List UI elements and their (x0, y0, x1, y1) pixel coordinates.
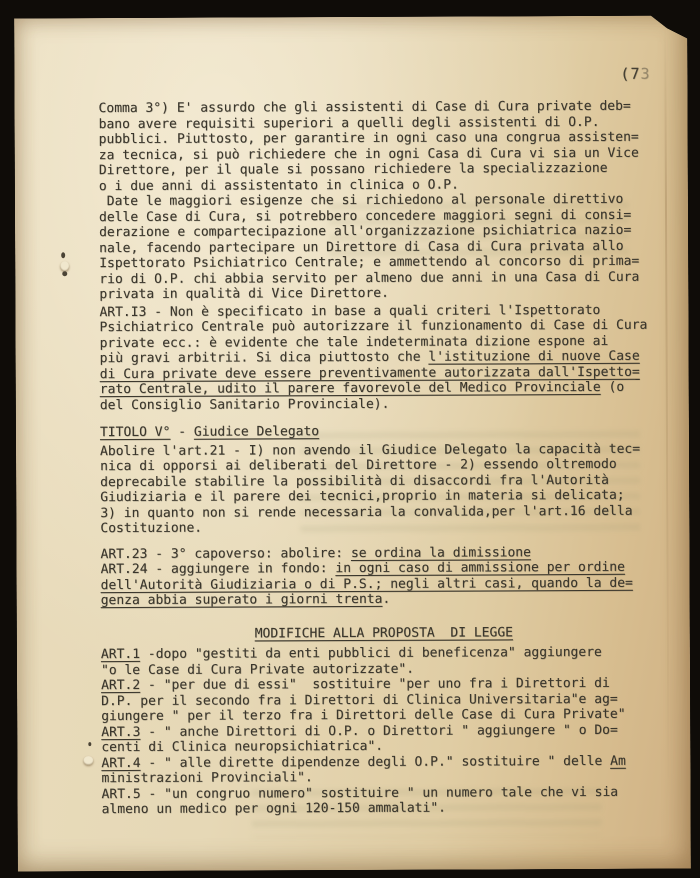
underlined-text-segment: TITOLO V° (100, 425, 171, 440)
text-segment: almeno un medico per ogni 120-150 ammala… (102, 801, 446, 818)
ink-speck (62, 271, 67, 276)
text-segment: rio di O.P. chi abbia servito per almeno… (99, 269, 639, 286)
paragraph-comma-3: Comma 3°) E' assurdo che gli assistenti … (99, 99, 665, 194)
text-segment: 3) in quanto non si rende necessaria la … (100, 503, 632, 520)
paragraph-art-24: ART.24 - aggiungere in fondo: in ogni ca… (101, 560, 667, 609)
underlined-text-segment: in ogni caso di ammissione per ordine (335, 560, 625, 576)
text-line: 3) in quanto non si rende necessaria la … (100, 503, 666, 521)
paragraph-maggiori-esigenze: Date le maggiori esigenze che si richied… (99, 192, 665, 303)
typewritten-page: (73 Comma 3°) E' assurdo che gli assiste… (14, 16, 691, 872)
text-segment: Costituzione. (100, 521, 202, 536)
text-segment: - "per due di essi" sostituire "per uno … (140, 676, 610, 693)
underlined-text-segment: ART.1 (101, 647, 140, 662)
text-segment: privata in qualità di Vice Direttore. (99, 286, 389, 302)
text-segment: private ecc.: è evidente che tale indete… (100, 333, 609, 350)
text-segment: nica di opporsi ai deliberati del Dirett… (100, 457, 617, 474)
underlined-text-segment: ART.4 (101, 755, 140, 770)
text-segment: delle Case di Cura, si potrebbero conced… (99, 207, 631, 224)
text-segment: ministrazioni Provinciali". (101, 770, 312, 786)
text-segment: o i due anni di assistentato in clinica … (99, 177, 459, 194)
text-line: rato Centrale, udito il parere favorevol… (100, 380, 666, 398)
underlined-text-segment: se ordina la dimissione (351, 545, 531, 561)
text-segment: Giudiziaria e il parere dei tecnici,prop… (100, 488, 624, 505)
text-segment: - " alle dirette dipendenze degli O.P." … (140, 753, 610, 770)
text-line: TITOLO V° - Giudice Delegato (100, 423, 666, 441)
text-line: ART.3 - " anche Direttori di O.P. o Dire… (101, 722, 667, 740)
text-segment: Comma 3°) E' assurdo che gli assistenti … (99, 99, 631, 116)
text-line: del Consiglio Sanitario Provinciale). (100, 395, 666, 413)
text-line: dell'Autorità Giudiziaria o di P.S.; neg… (101, 575, 667, 593)
paragraph-art-13: ART.I3 - Non è specificato in base a qua… (99, 302, 665, 413)
text-segment: - (170, 425, 194, 440)
text-segment: giungere " per il terzo fra i Direttori … (101, 707, 625, 724)
underlined-text-segment: Giudice Delegato (194, 424, 319, 440)
text-line: ART.1 -dopo "gestiti da enti pubblici di… (101, 645, 667, 663)
paper-blemish (60, 261, 69, 271)
text-segment: za tecnica, si può richiedere che in ogn… (99, 145, 639, 162)
text-line: MODIFICHE ALLA PROPOSTA DI LEGGE (101, 624, 667, 642)
text-segment: nale, facendo partecipare un Direttore d… (99, 238, 623, 255)
underlined-text-segment: ART.2 (101, 678, 140, 693)
ink-speck (61, 252, 65, 258)
text-segment: Direttore, per il quale si possano richi… (99, 161, 608, 178)
text-segment: bano avere requisiti superiori a quelli … (99, 114, 600, 131)
underlined-text-segment: l'istituzione di nuove Case (428, 349, 639, 365)
underlined-text-segment: genza abbia superato i giorni trenta (101, 592, 383, 608)
text-segment: -dopo "gestiti da enti pubblici di benef… (140, 645, 602, 662)
list-modifiche-articles: ART.1 -dopo "gestiti da enti pubblici di… (101, 645, 668, 818)
text-segment: più gravi arbitrii. Si dica piuttosto ch… (100, 350, 429, 366)
text-line: Costituzione. (100, 519, 666, 537)
text-segment: del Consiglio Sanitario Provinciale). (100, 396, 390, 412)
text-line: rio di O.P. chi abbia servito per almeno… (99, 269, 665, 287)
underlined-text-segment: MODIFICHE ALLA PROPOSTA DI LEGGE (255, 625, 513, 641)
text-segment: . (382, 592, 390, 607)
text-segment: Abolire l'art.21 - I) non avendo il Giud… (100, 441, 640, 458)
text-segment: ART.23 - 3° capoverso: abolire: (100, 546, 351, 562)
typewritten-text-block: Comma 3°) E' assurdo che gli assistenti … (99, 99, 668, 818)
text-line: almeno un medico per ogni 120-150 ammala… (102, 800, 668, 818)
page-number-digits: (7 (620, 65, 640, 83)
text-segment: deprecabile stabilire la possibilità di … (100, 472, 609, 489)
page-number-faded-digit: 3 (640, 65, 650, 83)
underlined-text-segment: dell'Autorità Giudiziaria o di P.S.; neg… (101, 575, 633, 592)
paper-blemish (83, 756, 93, 765)
heading-modifiche-alla-proposta: MODIFICHE ALLA PROPOSTA DI LEGGE (101, 624, 667, 642)
text-line: ART.5 - "un congruo numero" sostituire "… (101, 784, 667, 802)
text-segment: D.P. per il secondo fra i Direttori di C… (101, 691, 618, 708)
paragraph-abolire-art-21: Abolire l'art.21 - I) non avendo il Giud… (100, 441, 666, 536)
underlined-text-segment: Am (610, 753, 626, 768)
underlined-text-segment: ART.3 (101, 724, 140, 739)
page-number: (73 (620, 65, 650, 83)
text-segment: Psichiatrico Centrale può autorizzare il… (99, 318, 647, 335)
text-segment: Ispettorato Psichiatrico Centrale; e amm… (99, 254, 639, 271)
text-line: privata in qualità di Vice Direttore. (99, 285, 665, 303)
text-segment: pubblici. Piuttosto, per garantire in og… (99, 130, 639, 147)
heading-titolo-v: TITOLO V° - Giudice Delegato (100, 423, 666, 441)
scanned-document-photo: { "colors": { "paper": "#e5d6b2", "ink":… (0, 0, 700, 878)
text-segment: "o le Case di Cura Private autorizzate". (101, 661, 414, 677)
text-line: ART.4 - " alle dirette dipendenze degli … (101, 753, 667, 771)
text-segment: Date le maggiori esigenze che si richied… (99, 192, 623, 209)
ink-speck (88, 742, 91, 746)
text-segment: - " anche Direttori di O.P. o Direttori … (140, 722, 617, 739)
text-segment: (o (601, 380, 625, 395)
text-line: genza abbia superato i giorni trenta. (101, 591, 667, 609)
underlined-text-segment: rato Centrale, udito il parere favorevol… (100, 380, 601, 397)
text-line: Direttore, per il quale si possano richi… (99, 161, 665, 179)
text-segment: ART.5 - "un congruo numero" sostituire "… (101, 784, 618, 801)
text-segment: ART.I3 - Non è specificato in base a qua… (99, 302, 600, 319)
text-segment: derazione e compartecipazione all'organi… (99, 223, 631, 240)
text-segment: ART.24 - aggiungere in fondo: (101, 561, 336, 577)
underlined-text-segment: di Cura private deve essere preventivame… (100, 364, 640, 381)
text-segment: centi di Clinica neuropsichiatrica". (101, 739, 383, 755)
